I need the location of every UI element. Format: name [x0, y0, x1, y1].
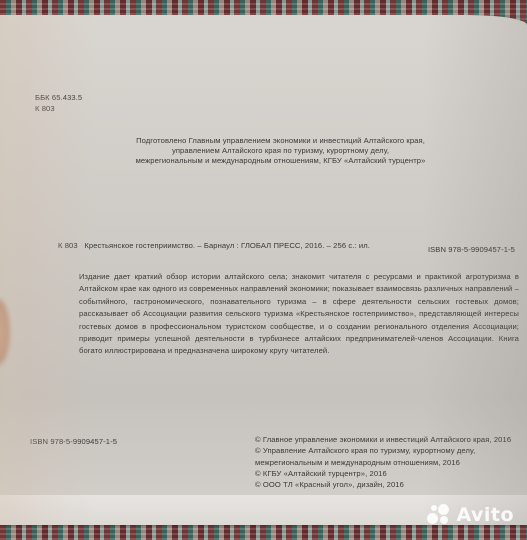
prepared-by-block: Подготовлено Главным управлением экономи… — [108, 136, 453, 167]
watermark-text: Avito — [456, 504, 514, 526]
copyright-line: © Главное управление экономики и инвести… — [255, 434, 525, 445]
catalog-isbn: ISBN 978-5-9909457-1-5 — [428, 245, 515, 255]
catalog-mark: К 803 — [58, 241, 78, 250]
catalog-entry: К 803 Крестьянское гостеприимство. – Бар… — [58, 241, 370, 251]
prepared-by-line: межрегиональным и международным отношени… — [108, 156, 453, 166]
copyright-line: © КГБУ «Алтайский турцентр», 2016 — [255, 468, 525, 479]
annotation-paragraph: Издание дает краткий обзор истории алтай… — [79, 271, 519, 358]
avito-watermark: Avito — [427, 504, 514, 526]
catalog-description: Крестьянское гостеприимство. – Барнаул :… — [84, 241, 370, 250]
copyright-line: © Управление Алтайского края по туризму,… — [255, 445, 525, 468]
author-mark: К 803 — [35, 103, 82, 114]
isbn-bottom: ISBN 978-5-9909457-1-5 — [30, 437, 117, 447]
prepared-by-line: Подготовлено Главным управлением экономи… — [108, 136, 453, 146]
avito-dots-logo-icon — [427, 504, 453, 526]
copyright-line: © ООО ТЛ «Красный угол», дизайн, 2016 — [255, 479, 525, 490]
copyright-block: © Главное управление экономики и инвести… — [255, 434, 525, 490]
book-imprint-page: ББК 65.433.5 К 803 Подготовлено Главным … — [0, 15, 527, 525]
bbk-code: ББК 65.433.5 — [35, 92, 82, 103]
classification-block: ББК 65.433.5 К 803 — [35, 92, 82, 114]
finger-shadow — [0, 297, 10, 367]
prepared-by-line: управлением Алтайского края по туризму, … — [108, 146, 453, 156]
